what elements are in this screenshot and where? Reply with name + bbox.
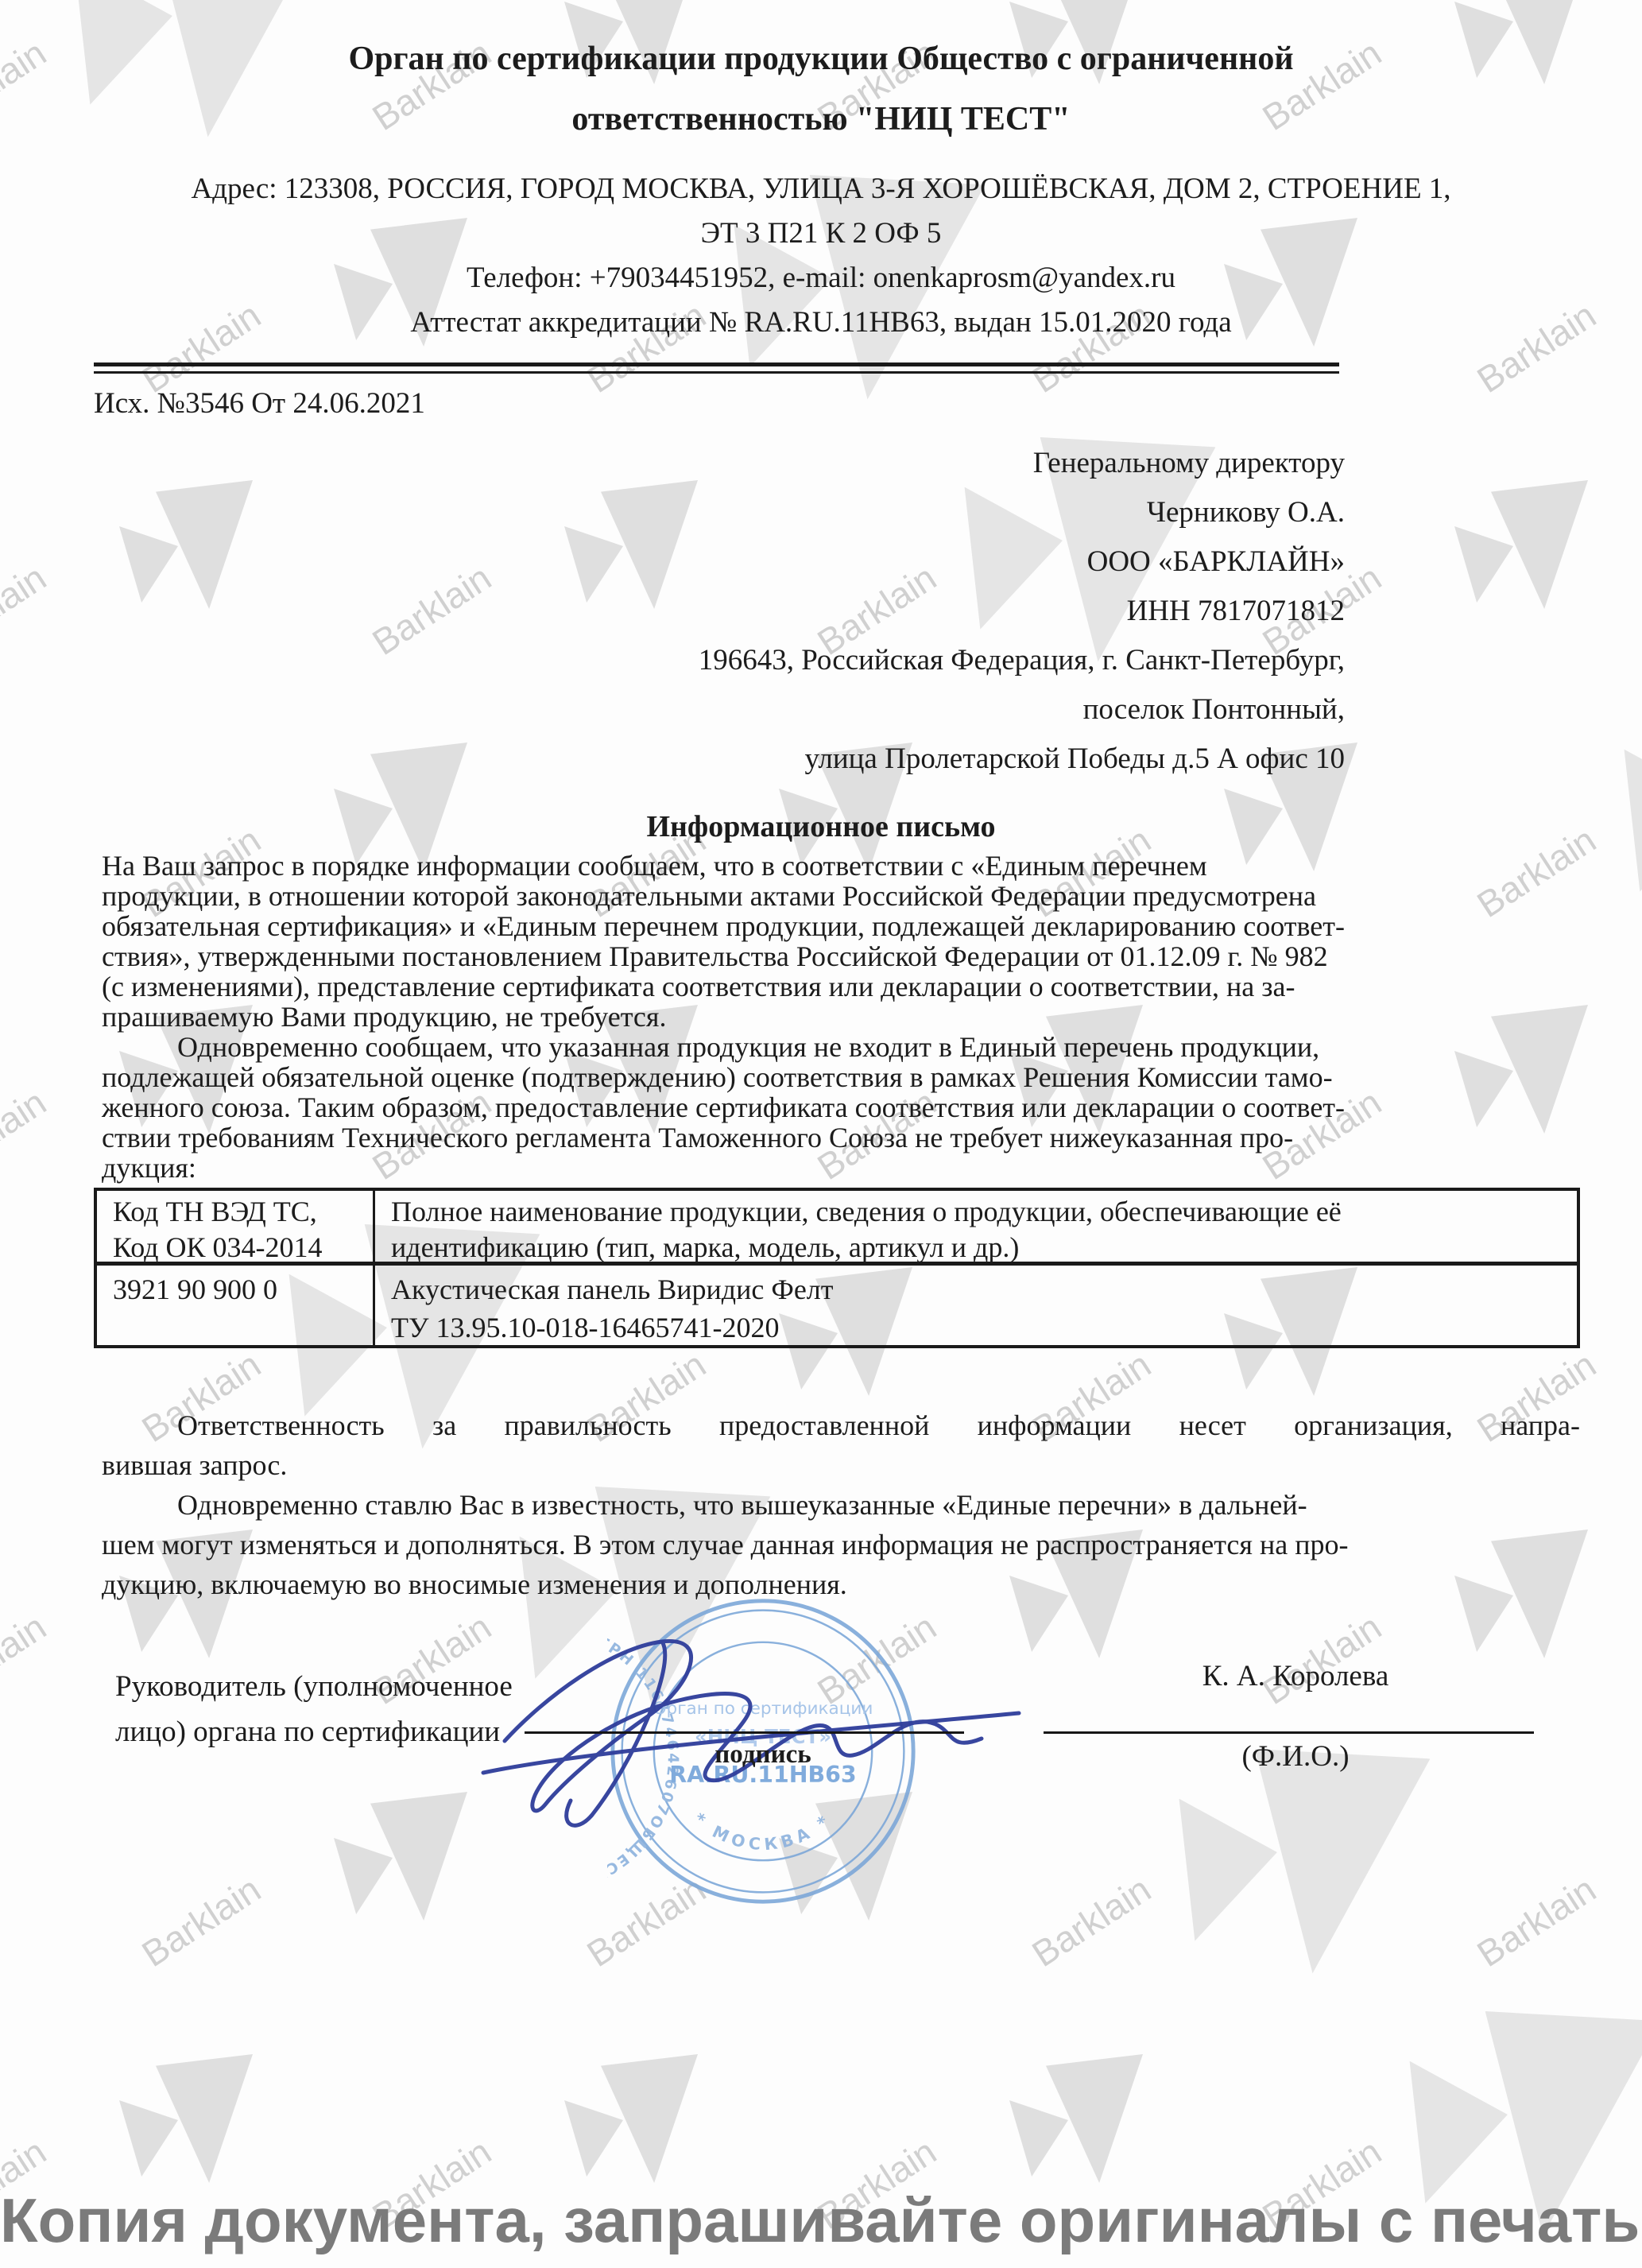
document-page: BarklainBarklainBarklainBarklainBarklain… bbox=[0, 0, 1642, 2268]
paragraph-2: Одновременно сообщаем, что указанная про… bbox=[102, 1032, 1580, 1183]
table-header-code: Код ТН ВЭД ТС, Код ОК 034-2014 bbox=[97, 1191, 375, 1266]
table-cell-code: 3921 90 900 0 bbox=[97, 1266, 375, 1345]
letter-line: Одновременно сообщаем, что указанная про… bbox=[102, 1032, 1580, 1062]
signature-line bbox=[525, 1731, 964, 1734]
product-tu: ТУ 13.95.10-018-16465741-2020 bbox=[391, 1308, 1569, 1347]
letter-line: продукции, в отношении которой законодат… bbox=[102, 881, 1580, 911]
product-table: Код ТН ВЭД ТС, Код ОК 034-2014 Полное на… bbox=[94, 1188, 1580, 1348]
table-header-code-line1: Код ТН ВЭД ТС, bbox=[113, 1194, 365, 1230]
handwritten-signature bbox=[469, 1610, 1033, 1848]
org-title: Орган по сертификации продукции Общество… bbox=[0, 29, 1642, 149]
table-header-product-line1: Полное наименование продукции, сведения … bbox=[391, 1194, 1569, 1230]
letter-line: (с изменениями), представление сертифика… bbox=[102, 971, 1580, 1002]
name-caption: (Ф.И.О.) bbox=[1057, 1739, 1534, 1774]
table-header-code-line2: Код ОК 034-2014 bbox=[113, 1230, 365, 1266]
product-name: Акустическая панель Виридис Фелт bbox=[391, 1270, 1569, 1308]
letter-line: На Ваш запрос в порядке информации сообщ… bbox=[102, 851, 1580, 881]
product-code: 3921 90 900 0 bbox=[113, 1270, 365, 1308]
org-phone-email: Телефон: +79034451952, e-mail: onenkapro… bbox=[0, 256, 1642, 300]
table-header-product: Полное наименование продукции, сведения … bbox=[375, 1191, 1577, 1266]
recipient-line: Черникову О.А. bbox=[0, 488, 1345, 537]
letter-line: подлежащей обязательной оценке (подтверж… bbox=[102, 1062, 1580, 1092]
letter-line: шем могут изменяться и дополняться. В эт… bbox=[102, 1525, 1580, 1564]
signature-section: ОБЩЕСТВО С ОГРАНИЧЕННОЙ ОТВЕТСТВЕННОСТЬЮ… bbox=[0, 1657, 1642, 1991]
paragraph-3: Ответственность за правильность предоста… bbox=[102, 1405, 1580, 1485]
org-accreditation: Аттестат аккредитации № RA.RU.11НВ63, вы… bbox=[0, 300, 1642, 345]
recipient-line: Генеральному директору bbox=[0, 439, 1345, 488]
org-title-line1: Орган по сертификации продукции Общество… bbox=[0, 29, 1642, 89]
letter-heading: Информационное письмо bbox=[0, 809, 1642, 844]
letter-line: вившая запрос. bbox=[102, 1445, 1580, 1485]
signer-role-line1: Руководитель (уполномоченное bbox=[115, 1664, 513, 1709]
org-address-line1: Адрес: 123308, РОССИЯ, ГОРОД МОСКВА, УЛИ… bbox=[0, 167, 1642, 211]
org-title-line2: ответственностью "НИЦ ТЕСТ" bbox=[0, 89, 1642, 149]
letter-content: Орган по сертификации продукции Общество… bbox=[0, 0, 1642, 2268]
recipient-line: ООО «БАРКЛАЙН» bbox=[0, 537, 1345, 587]
table-header-product-line2: идентификацию (тип, марка, модель, артик… bbox=[391, 1230, 1569, 1266]
recipient-line: улица Пролетарской Победы д.5 А офис 10 bbox=[0, 735, 1345, 784]
recipient-line: ИНН 7817071812 bbox=[0, 587, 1345, 636]
org-address-line2: ЭТ 3 П21 К 2 ОФ 5 bbox=[0, 211, 1642, 256]
signer-role-label: Руководитель (уполномоченное лицо) орган… bbox=[115, 1664, 513, 1754]
org-contacts: Адрес: 123308, РОССИЯ, ГОРОД МОСКВА, УЛИ… bbox=[0, 167, 1642, 345]
paragraph-4: Одновременно ставлю Вас в известность, ч… bbox=[102, 1485, 1580, 1604]
letter-line: женного союза. Таким образом, предоставл… bbox=[102, 1092, 1580, 1122]
recipient-line: поселок Понтонный, bbox=[0, 685, 1345, 735]
recipient-block: Генеральному директору Черникову О.А. ОО… bbox=[0, 439, 1345, 784]
letter-line: обязательная сертификация» и «Единым пер… bbox=[102, 911, 1580, 941]
letter-line: дукция: bbox=[102, 1153, 1580, 1183]
letter-line: ствии требованиям Технического регламент… bbox=[102, 1122, 1580, 1153]
letter-line: ствия», утвержденными постановлением Пра… bbox=[102, 941, 1580, 971]
signature-caption: подпись bbox=[644, 1740, 882, 1770]
signer-name: К. А. Королева bbox=[1057, 1659, 1534, 1693]
signer-role-line2: лицо) органа по сертификации bbox=[115, 1709, 513, 1754]
letter-line: Ответственность за правильность предоста… bbox=[102, 1405, 1580, 1445]
recipient-line: 196643, Российская Федерация, г. Санкт-П… bbox=[0, 636, 1345, 685]
header-divider bbox=[94, 362, 1339, 374]
letter-line: Одновременно ставлю Вас в известность, ч… bbox=[102, 1485, 1580, 1525]
copy-warning-banner: Копия документа, запрашивайте оригиналы … bbox=[0, 2185, 1642, 2257]
paragraph-1: На Ваш запрос в порядке информации сообщ… bbox=[102, 851, 1580, 1032]
outgoing-number: Исх. №3546 От 24.06.2021 bbox=[94, 386, 1642, 421]
name-line bbox=[1044, 1731, 1534, 1734]
letter-line: прашиваемую Вами продукцию, не требуется… bbox=[102, 1002, 1580, 1032]
table-cell-product: Акустическая панель Виридис Фелт ТУ 13.9… bbox=[375, 1266, 1577, 1345]
